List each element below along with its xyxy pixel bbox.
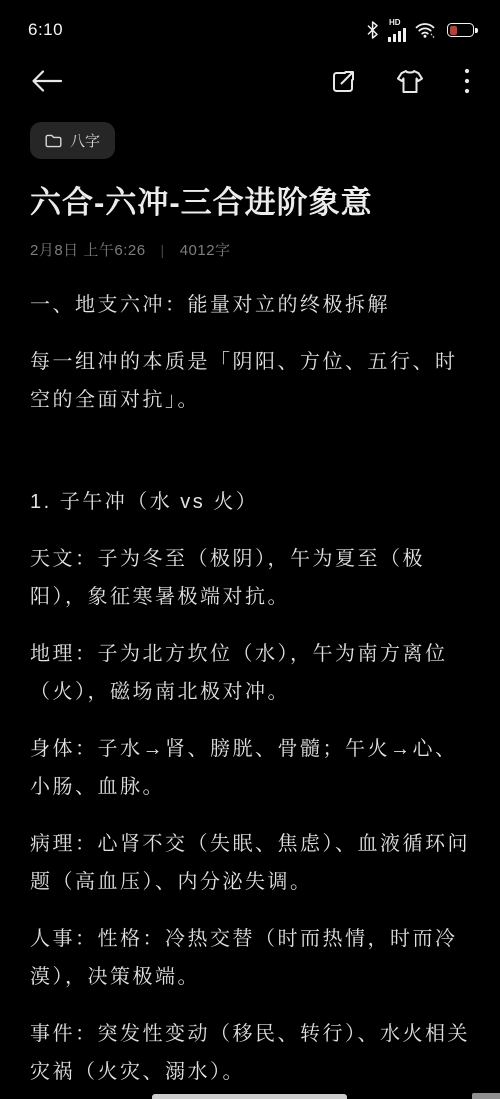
note-date: 2月8日 上午6:26 (30, 239, 146, 260)
signal-bars-icon: HD (388, 19, 406, 42)
note-meta: 2月8日 上午6:26 | 4012字 (30, 239, 470, 260)
share-button[interactable] (331, 69, 356, 94)
nav-bar (0, 50, 500, 112)
paragraph: 每一组冲的本质是「阴阳、方位、五行、时空的全面对抗」。 (30, 343, 470, 419)
nav-actions (331, 68, 470, 94)
meta-divider: | (161, 242, 165, 258)
paragraph: 地理：子为北方坎位（水），午为南方离位（火），磁场南北极对冲。 (30, 635, 470, 711)
wifi-icon (415, 22, 436, 39)
status-bar: 6:10 HD (0, 0, 500, 50)
note-word-count: 4012字 (180, 239, 231, 260)
clock-time: 6:10 (28, 20, 63, 40)
note-body: 一、地支六冲：能量对立的终极拆解 每一组冲的本质是「阴阳、方位、五行、时空的全面… (30, 286, 470, 1091)
note-tag-chip[interactable]: 八字 (30, 122, 115, 159)
more-menu-icon (464, 68, 470, 94)
paragraph: 人事：性格：冷热交替（时而热情，时而冷漠），决策极端。 (30, 920, 470, 996)
back-button[interactable] (30, 68, 64, 94)
bluetooth-icon (366, 21, 379, 39)
note-viewer-screen: { "status_bar": { "time": "6:10", "hd_la… (0, 0, 500, 1099)
scrollbar-thumb[interactable] (472, 1093, 500, 1099)
paragraph: 事件：突发性变动（移民、转行）、水火相关灾祸（火灾、溺水）。 (30, 1015, 470, 1091)
paragraph-section-heading: 一、地支六冲：能量对立的终极拆解 (30, 286, 470, 324)
paragraph: 身体：子水→肾、膀胱、骨髓；午火→心、小肠、血脉。 (30, 730, 470, 806)
hd-badge: HD (389, 19, 401, 27)
note-title: 六合-六冲-三合进阶象意 (30, 183, 470, 223)
note-scroll-area[interactable]: 八字 六合-六冲-三合进阶象意 2月8日 上午6:26 | 4012字 一、地支… (0, 112, 500, 1091)
status-icons: HD (366, 19, 474, 42)
note-tag-label: 八字 (70, 130, 100, 151)
share-icon (331, 69, 356, 94)
battery-icon (447, 23, 474, 37)
battery-level-fill (450, 26, 457, 35)
signal-strength-bars (388, 28, 406, 42)
folder-icon (45, 134, 62, 148)
paragraph-subheading: 1. 子午冲（水 vs 火） (30, 483, 470, 521)
theme-button[interactable] (396, 69, 424, 94)
back-arrow-icon (30, 68, 64, 94)
paragraph: 天文：子为冬至（极阴），午为夏至（极阳），象征寒暑极端对抗。 (30, 540, 470, 616)
more-menu-button[interactable] (464, 68, 470, 94)
paragraph: 病理：心肾不交（失眠、焦虑）、血液循环问题（高血压）、内分泌失调。 (30, 825, 470, 901)
tshirt-icon (396, 69, 424, 94)
bottom-sheet-edge[interactable] (152, 1094, 347, 1099)
